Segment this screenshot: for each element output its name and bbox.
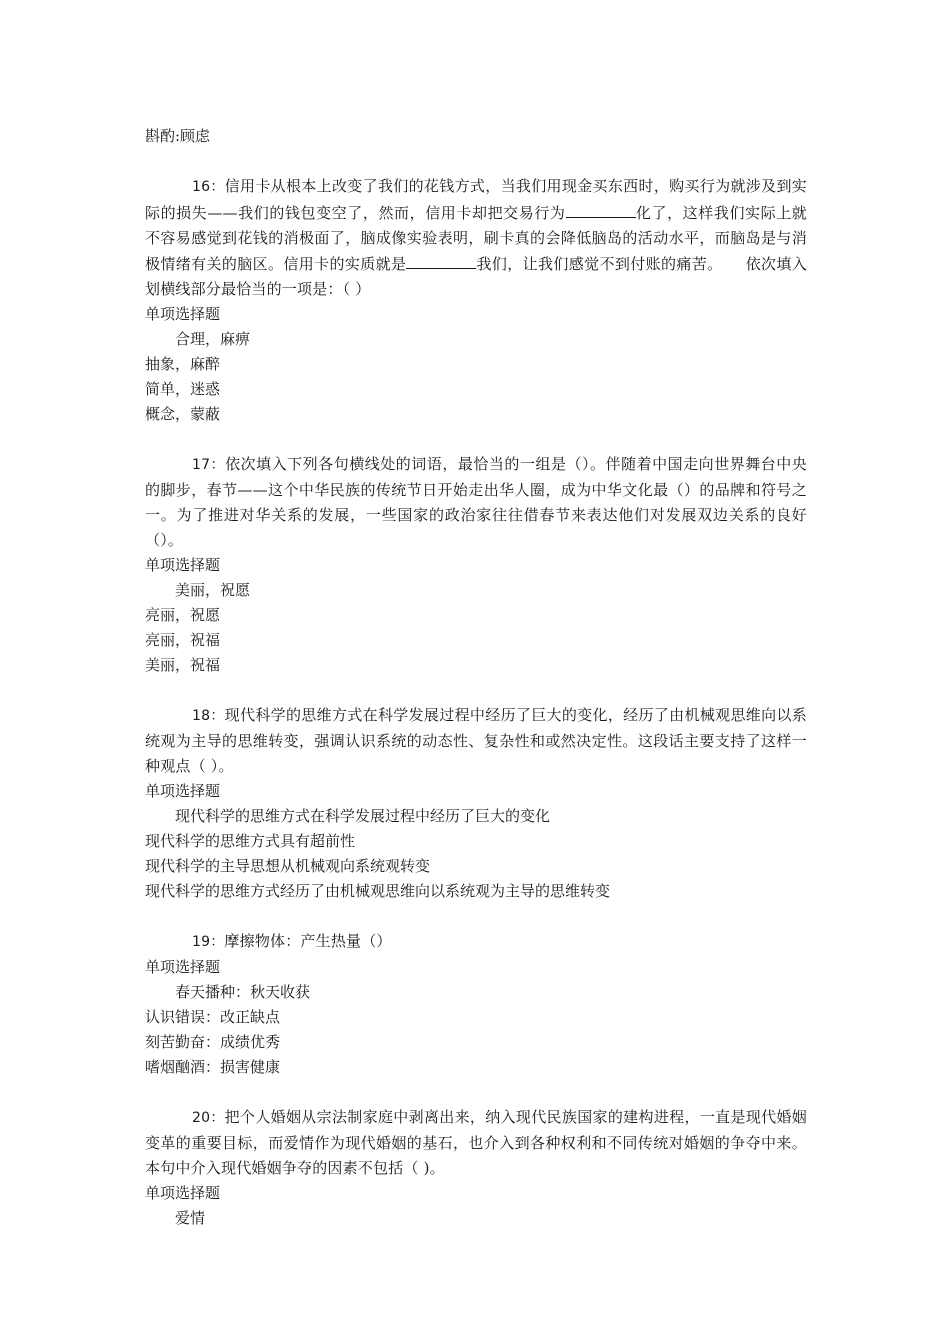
option-c[interactable]: 简单，迷惑 — [145, 377, 807, 402]
question-number: 20： — [192, 1110, 225, 1126]
question-type-label: 单项选择题 — [145, 779, 807, 804]
question-stem: 17：依次填入下列各句横线处的词语，最恰当的一组是（）。伴随着中国走向世界舞台中… — [145, 452, 807, 553]
fill-in-blank — [566, 200, 636, 218]
option-b[interactable]: 抽象，麻醉 — [145, 352, 807, 377]
option-d[interactable]: 现代科学的思维方式经历了由机械观思维向以系统观为主导的思维转变 — [145, 879, 807, 904]
option-a[interactable]: 现代科学的思维方式在科学发展过程中经历了巨大的变化 — [145, 804, 807, 829]
option-a[interactable]: 合理，麻痹 — [145, 327, 807, 352]
option-a[interactable]: 春天播种：秋天收获 — [145, 980, 807, 1005]
question-stem: 20：把个人婚姻从宗法制家庭中剥离出来，纳入现代民族国家的建构进程，一直是现代婚… — [145, 1105, 807, 1181]
fill-in-blank — [406, 251, 476, 269]
option-c[interactable]: 亮丽，祝福 — [145, 628, 807, 653]
question-number: 19： — [192, 934, 224, 950]
question-stem: 18：现代科学的思维方式在科学发展过程中经历了巨大的变化，经历了由机械观思维向以… — [145, 703, 807, 779]
question-type-label: 单项选择题 — [145, 302, 807, 327]
option-d[interactable]: 美丽，祝福 — [145, 653, 807, 678]
option-c[interactable]: 刻苦勤奋：成绩优秀 — [145, 1030, 807, 1055]
option-a[interactable]: 爱情 — [145, 1206, 807, 1231]
option-a[interactable]: 美丽，祝愿 — [145, 578, 807, 603]
spacer — [145, 427, 807, 452]
option-d[interactable]: 概念，蒙蔽 — [145, 402, 807, 427]
stem-text: 现代科学的思维方式在科学发展过程中经历了巨大的变化，经历了由机械观思维向以系统观… — [145, 706, 807, 775]
spacer — [145, 149, 807, 174]
option-b[interactable]: 亮丽，祝愿 — [145, 603, 807, 628]
question-type-label: 单项选择题 — [145, 1181, 807, 1206]
spacer — [145, 1080, 807, 1105]
option-d[interactable]: 嗜烟酗酒：损害健康 — [145, 1055, 807, 1080]
question-stem: 16：信用卡从根本上改变了我们的花钱方式，当我们用现金买东西时，购买行为就涉及到… — [145, 174, 807, 302]
spacer — [145, 904, 807, 929]
question-number: 16： — [192, 179, 225, 195]
question-type-label: 单项选择题 — [145, 955, 807, 980]
stem-text: 依次填入下列各句横线处的词语，最恰当的一组是（）。伴随着中国走向世界舞台中央的脚… — [145, 455, 807, 549]
question-number: 17： — [192, 457, 225, 473]
question-number: 18： — [192, 708, 225, 724]
option-c[interactable]: 现代科学的主导思想从机械观向系统观转变 — [145, 854, 807, 879]
option-b[interactable]: 现代科学的思维方式具有超前性 — [145, 829, 807, 854]
question-stem: 19：摩擦物体：产生热量（） — [145, 929, 807, 955]
question-16: 16：信用卡从根本上改变了我们的花钱方式，当我们用现金买东西时，购买行为就涉及到… — [145, 174, 807, 427]
question-18: 18：现代科学的思维方式在科学发展过程中经历了巨大的变化，经历了由机械观思维向以… — [145, 703, 807, 904]
previous-answer-fragment: 斟酌:顾虑 — [145, 124, 807, 149]
question-19: 19：摩擦物体：产生热量（） 单项选择题 春天播种：秋天收获 认识错误：改正缺点… — [145, 929, 807, 1080]
spacer — [145, 678, 807, 703]
question-17: 17：依次填入下列各句横线处的词语，最恰当的一组是（）。伴随着中国走向世界舞台中… — [145, 452, 807, 678]
question-type-label: 单项选择题 — [145, 553, 807, 578]
stem-text: 摩擦物体：产生热量（） — [224, 932, 391, 950]
document-page: 斟酌:顾虑 16：信用卡从根本上改变了我们的花钱方式，当我们用现金买东西时，购买… — [145, 124, 807, 1231]
question-20: 20：把个人婚姻从宗法制家庭中剥离出来，纳入现代民族国家的建构进程，一直是现代婚… — [145, 1105, 807, 1231]
option-b[interactable]: 认识错误：改正缺点 — [145, 1005, 807, 1030]
stem-text: 把个人婚姻从宗法制家庭中剥离出来，纳入现代民族国家的建构进程，一直是现代婚姻变革… — [145, 1108, 807, 1177]
